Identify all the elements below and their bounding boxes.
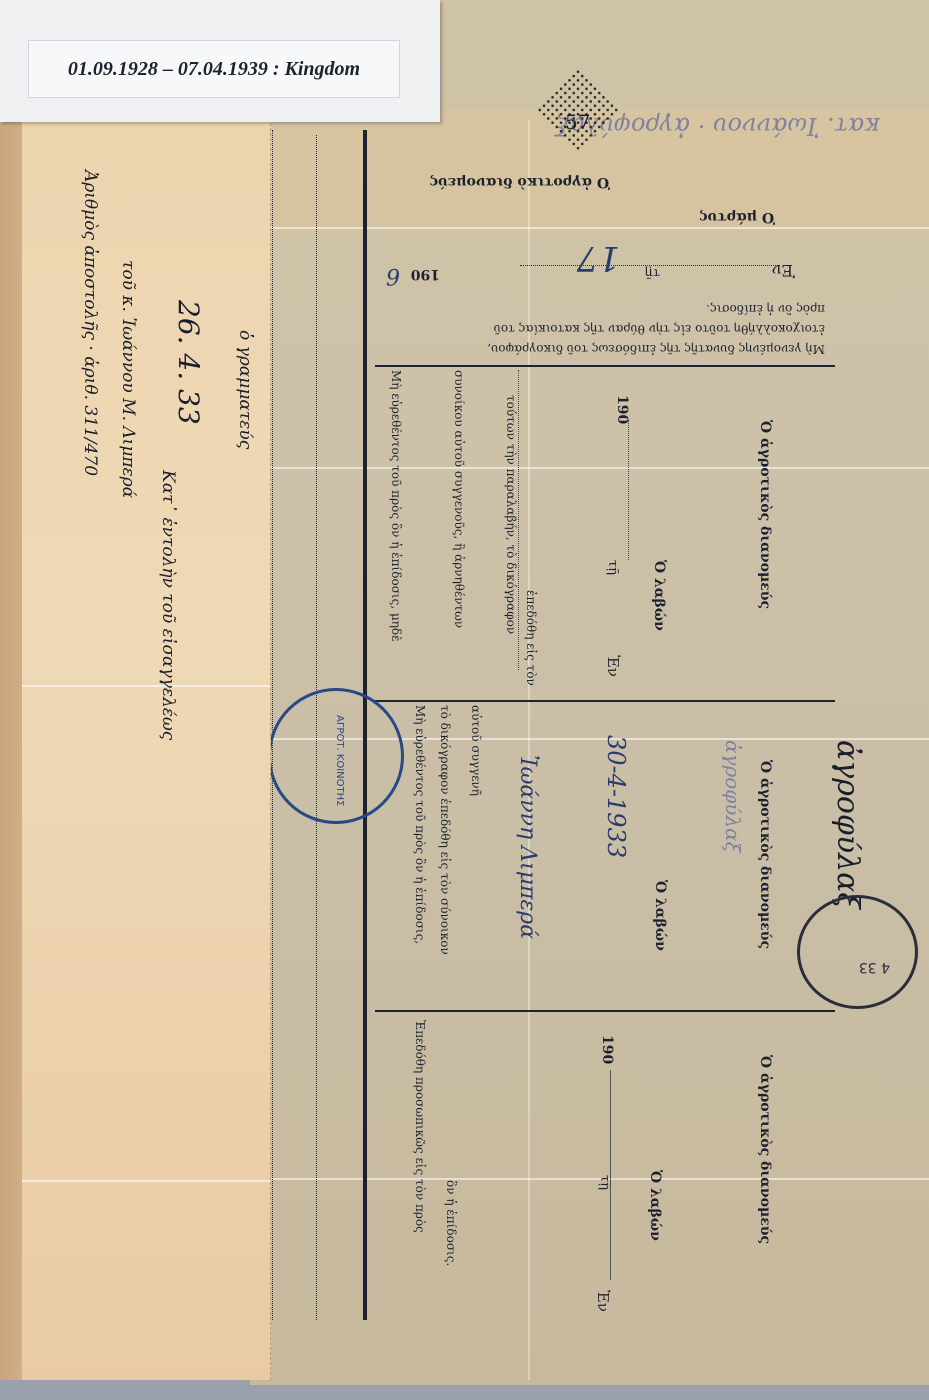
- fold-line: [528, 120, 530, 1380]
- handwritten-month: 17: [577, 238, 620, 278]
- fold-line: [250, 467, 929, 469]
- postmark-date: 4 33: [859, 959, 890, 975]
- date-prefix-top: τῇ: [645, 265, 660, 280]
- personal-text-line2: ὃν ἡ ἐπίδοσις.: [444, 1180, 458, 1266]
- recipient-blank-line: [518, 370, 519, 670]
- receiver-label-bottom: Ὁ λαβών: [647, 1170, 663, 1241]
- handwritten-recipient-name: Ἰωάννη Λιμπερά: [515, 755, 540, 939]
- handwritten-delivery-date: 30-4-1933: [602, 735, 630, 858]
- notice-text-line3: πρὸς ὃν ἡ ἐπίδοσις.: [706, 302, 825, 316]
- rural-postman-label-top: Ὁ ἀγροτικὸ διανομεύς: [430, 174, 610, 190]
- dotted-border-line: [272, 130, 273, 1320]
- place-prefix-middle: Ἐν: [604, 655, 622, 677]
- personal-text-line1: Ἐπεδόθη προσωπικῶς εἰς τὸν πρὸς: [413, 1020, 427, 1233]
- fold-line: [250, 227, 929, 229]
- year-prefix-top: 190: [411, 266, 440, 282]
- date-range-label: 01.09.1928 – 07.04.1939 : Kingdom: [28, 40, 400, 98]
- fold-line: [22, 685, 270, 687]
- handwritten-year-suffix: 6: [386, 263, 400, 288]
- slip-line-2: τοῦ κ. Ἰωάννου Μ. Λιμπερά: [118, 260, 138, 498]
- date-prefix-middle: τῇ: [605, 560, 620, 575]
- absent-text-line4: ἐπεδόθη εἰς τὸν: [524, 590, 538, 686]
- section-divider: [375, 700, 835, 702]
- place-prefix-bottom: Ἐν: [594, 1290, 612, 1312]
- slip-signature: ὁ γραμματεύς: [235, 330, 255, 449]
- absent-text-line1: Μὴ εὑρεθέντος τοῦ πρὸς ὃν ἡ ἐπίδοσις, μη…: [389, 370, 403, 642]
- postmark-stamp: [797, 895, 918, 1009]
- year-prefix-bottom: 190: [599, 1035, 615, 1064]
- postman-label-bottom: Ὁ ἀγροτικὸς διανομεύς: [757, 1055, 773, 1244]
- relative-text-line3: αὐτοῦ συγγενῆ: [469, 705, 483, 796]
- fold-line: [22, 1180, 270, 1182]
- section-divider: [375, 365, 835, 367]
- slip-date: 26. 4. 33: [172, 300, 205, 425]
- relative-text-line2: τὸ δικόγραφον ἐπεδόθη εἰς τὸν σύνοικον: [438, 705, 452, 955]
- notice-text-line2: ἐτοιχοκολλήθη τοῦτο εἰς τὴν θύραν τῆς κα…: [494, 322, 825, 336]
- fold-line: [250, 1178, 929, 1180]
- handwritten-slip: [22, 118, 271, 1380]
- perfin-number: 57: [565, 110, 590, 134]
- place-blank-line: [520, 265, 780, 266]
- witness-label: Ὁ μάρτυς: [699, 209, 775, 225]
- absent-text-line3: τούτων τὴν παραλαβήν, τὸ δικόγραφον: [504, 395, 518, 634]
- relative-text-line1: Μὴ εὑρεθέντος τοῦ πρὸς ὃν ἡ ἐπίδοσις,: [413, 705, 427, 944]
- postman-label-lower: Ὁ ἀγροτικὸς διανομεύς: [757, 760, 773, 949]
- slip-line-3: Κατ᾽ ἐντολὴν τοῦ εἰσαγγελέως: [158, 470, 178, 740]
- absent-text-line2: συνοίκου αὐτοῦ συγγενοῦς, ἢ ἀρνηθέντων: [452, 370, 466, 628]
- postman-signature: ἀγροφύλαξ: [830, 740, 865, 909]
- date-range-label-text: 01.09.1928 – 07.04.1939 : Kingdom: [68, 58, 360, 81]
- notice-text-line1: Μὴ γενομένης δυνατῆς τῆς ἐπιδόσεως τοῦ δ…: [487, 342, 825, 356]
- receiver-label-lower: Ὁ λαβών: [652, 880, 668, 951]
- bottom-blank-line: [610, 1070, 611, 1280]
- date-blank-line: [628, 420, 629, 560]
- receiver-label-middle: Ὁ λαβών: [651, 560, 667, 631]
- section-divider: [375, 1010, 835, 1012]
- postman-label-middle: Ὁ ἀγροτικὸς διανομεύς: [757, 420, 773, 609]
- place-prefix-top: Ἐν: [772, 261, 795, 280]
- slip-line-1: Ἀριθμὸς ἀποστολῆς · ἀριθ. 311/470: [80, 170, 100, 476]
- blue-seal-text: ΑΓΡΟΤ. ΚΟΙΝΟΤΗΣ: [334, 715, 345, 806]
- pencil-signature: ἀγροφύλαξ: [721, 740, 745, 853]
